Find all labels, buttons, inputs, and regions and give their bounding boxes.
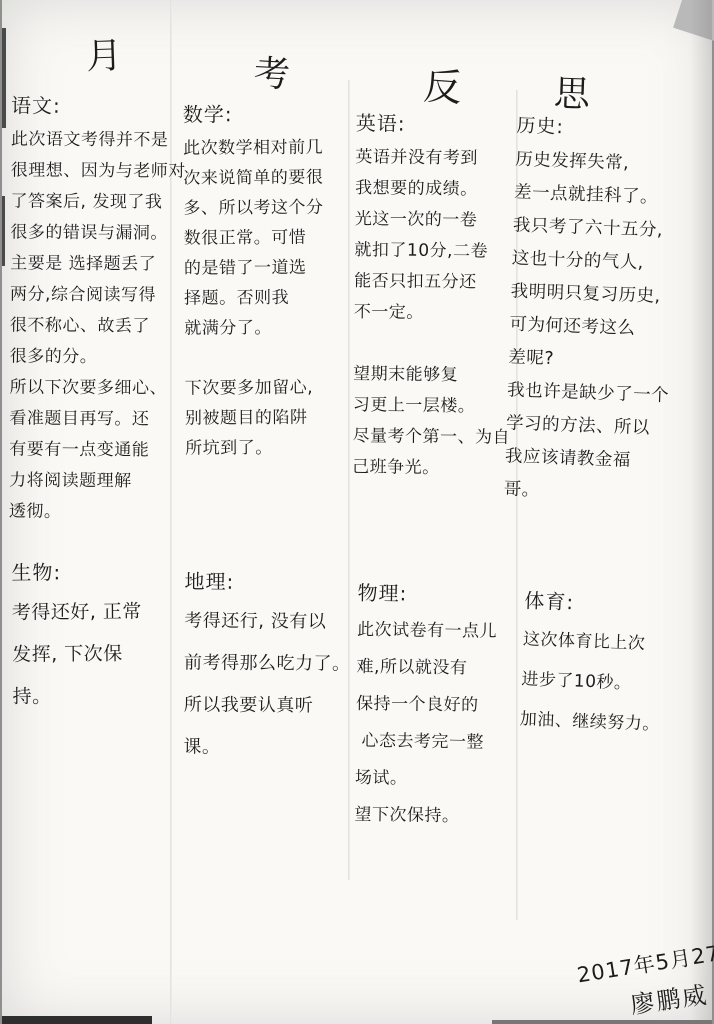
section-biology: 生物: 考得还好, 正常 发挥, 下次保 持。: [11, 555, 182, 717]
section-geography: 地理: 考得还行, 没有以 前考得那么吃力了。 所以我要认真听 课。: [183, 565, 356, 769]
section-biology-body: 考得还好, 正常 发挥, 下次保 持。: [12, 590, 183, 717]
section-history: 历史: 历史发挥失常, 差一点就挂科了。 我只考了六十五分, 这也十分的气人, …: [503, 111, 714, 514]
section-pe-heading: 体育:: [524, 584, 714, 620]
section-math: 数学: 此次数学相对前几 次来说简单的要很 多、所以考这个分 数很正常。可惜 的…: [183, 97, 356, 463]
section-physics-body: 此次试卷有一点儿 难,所以就没有 保持一个良好的 心态去考完一整 场试。 望下次…: [354, 612, 525, 836]
section-chinese-heading: 语文:: [11, 90, 183, 120]
section-pe-body: 这次体育比上次 进步了10秒。 加油、继续努力。: [519, 619, 713, 746]
photo-shadow-band: [690, 0, 712, 1024]
title-char-fan: 反: [422, 55, 464, 113]
section-pe: 体育: 这次体育比上次 进步了10秒。 加油、继续努力。: [519, 584, 714, 746]
section-math-body: 此次数学相对前几 次来说简单的要很 多、所以考这个分 数很正常。可惜 的是错了一…: [183, 132, 355, 463]
section-geography-heading: 地理:: [185, 565, 357, 595]
title-char-yue: 月: [85, 27, 123, 79]
section-english: 英语: 英语并没有考到 我想要的成绩。 光这一次的一卷 就扣了10分,二卷 能否…: [352, 107, 522, 485]
section-physics-heading: 物理:: [357, 577, 525, 608]
section-history-heading: 历史:: [516, 111, 714, 145]
title-char-kao: 考: [253, 45, 292, 98]
section-english-body: 英语并没有考到 我想要的成绩。 光这一次的一卷 就扣了10分,二卷 能否只扣五分…: [352, 142, 522, 485]
section-english-heading: 英语:: [356, 107, 522, 138]
photo-edge-artifact: [2, 196, 5, 266]
section-chinese-body: 此次语文考得并不是 很理想、因为与老师对 了答案后, 发现了我 很多的错误与漏洞…: [9, 125, 183, 529]
title-char-si: 思: [553, 65, 591, 117]
paper-sheet: 月 考 反 思 语文: 此次语文考得并不是 很理想、因为与老师对 了答案后, 发…: [2, 0, 712, 1024]
section-biology-heading: 生物:: [11, 555, 181, 585]
photo-edge-artifact: [2, 1016, 152, 1024]
photo-edge-artifact: [2, 28, 6, 128]
section-geography-body: 考得还行, 没有以 前考得那么吃力了。 所以我要认真听 课。: [183, 600, 356, 769]
photo-edge-artifact: [492, 1020, 712, 1024]
section-history-body: 历史发挥失常, 差一点就挂科了。 我只考了六十五分, 这也十分的气人, 我明明只…: [503, 144, 714, 514]
section-math-heading: 数学:: [183, 97, 353, 127]
photo-of-paper: 月 考 反 思 语文: 此次语文考得并不是 很理想、因为与老师对 了答案后, 发…: [0, 0, 714, 1024]
section-physics: 物理: 此次试卷有一点儿 难,所以就没有 保持一个良好的 心态去考完一整 场试。…: [354, 577, 526, 836]
section-chinese: 语文: 此次语文考得并不是 很理想、因为与老师对 了答案后, 发现了我 很多的错…: [9, 90, 183, 529]
